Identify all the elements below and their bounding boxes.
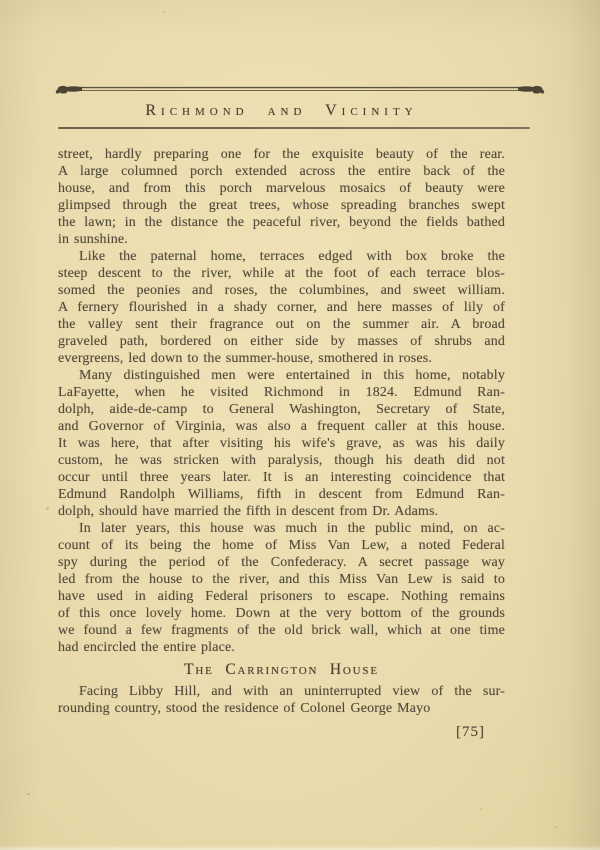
title-underline-rule (58, 127, 530, 129)
text-line: graveled path, bordered on either side b… (58, 333, 505, 350)
text-line: A large columned porch extended across t… (58, 163, 505, 180)
paper-speck (46, 507, 49, 510)
text-column: street, hardly preparing one for the exq… (58, 146, 505, 741)
text-line: house, and from this porch marvelous mos… (58, 180, 505, 197)
paper-speck (455, 143, 457, 145)
paper-speck (27, 793, 30, 795)
ornamental-rule-graphic (55, 82, 545, 96)
text-line: led from the house to the river, and thi… (58, 571, 505, 588)
text-line: Like the paternal home, terraces edged w… (58, 248, 505, 265)
text-line: A fernery flourished in a shady corner, … (58, 299, 505, 316)
text-line: somed the peonies and roses, the columbi… (58, 282, 505, 299)
text-line: spy during the period of the Confederacy… (58, 554, 505, 571)
text-line: and Governor of Virginia, was also a fre… (58, 418, 505, 435)
text-line: custom, he was stricken with paralysis, … (58, 452, 505, 469)
text-line: LaFayette, when he visited Richmond in 1… (58, 384, 505, 401)
text-line: Edmund Randolph Williams, fifth in desce… (58, 486, 505, 503)
text-line: evergreens, led down to the summer-house… (58, 350, 505, 367)
text-line: rounding country, stood the residence of… (58, 700, 505, 717)
running-title: Richmond and Vicinity (58, 101, 505, 121)
book-page: Richmond and Vicinity street, hardly pre… (0, 0, 600, 850)
paragraph: Like the paternal home, terraces edged w… (58, 248, 505, 367)
text-line: had encircled the entire place. (58, 639, 505, 656)
text-line: we found a few fragments of the old bric… (58, 622, 505, 639)
double-rule (80, 88, 520, 91)
text-line: count of its being the home of Miss Van … (58, 537, 505, 554)
paper-speck (162, 11, 165, 13)
text-line: steep descent to the river, while at the… (58, 265, 505, 282)
text-line: of this once lovely home. Down at the ve… (58, 605, 505, 622)
paragraph: In later years, this house was much in t… (58, 520, 505, 656)
paragraph: Facing Libby Hill, and with an uninterru… (58, 683, 505, 717)
text-line: street, hardly preparing one for the exq… (58, 146, 505, 163)
text-line: Facing Libby Hill, and with an uninterru… (58, 683, 505, 700)
text-line: the valley sent their fragrance out on t… (58, 316, 505, 333)
text-line: Many distinguished men were entertained … (58, 367, 505, 384)
text-line: In later years, this house was much in t… (58, 520, 505, 537)
scroll-ornament-right (518, 86, 544, 94)
text-line: dolph, should have married the fifth in … (58, 503, 505, 520)
paragraph: Many distinguished men were entertained … (58, 367, 505, 520)
paper-speck (555, 826, 558, 828)
text-line: have used in aiding Federal prisoners to… (58, 588, 505, 605)
text-line: occur until three years later. It is an … (58, 469, 505, 486)
ornamental-rule (55, 82, 545, 96)
text-line: in sunshine. (58, 231, 505, 248)
scroll-ornament-left (56, 86, 82, 94)
section-heading: The Carrington House (58, 660, 505, 679)
text-line: glimpsed through the great trees, whose … (58, 197, 505, 214)
paper-speck (480, 808, 482, 810)
page-number: [75] (58, 723, 505, 741)
text-line: dolph, aide-de-camp to General Washingto… (58, 401, 505, 418)
paragraph: street, hardly preparing one for the exq… (58, 146, 505, 248)
text-line: It was here, that after visiting his wif… (58, 435, 505, 452)
text-line: the lawn; in the distance the peaceful r… (58, 214, 505, 231)
